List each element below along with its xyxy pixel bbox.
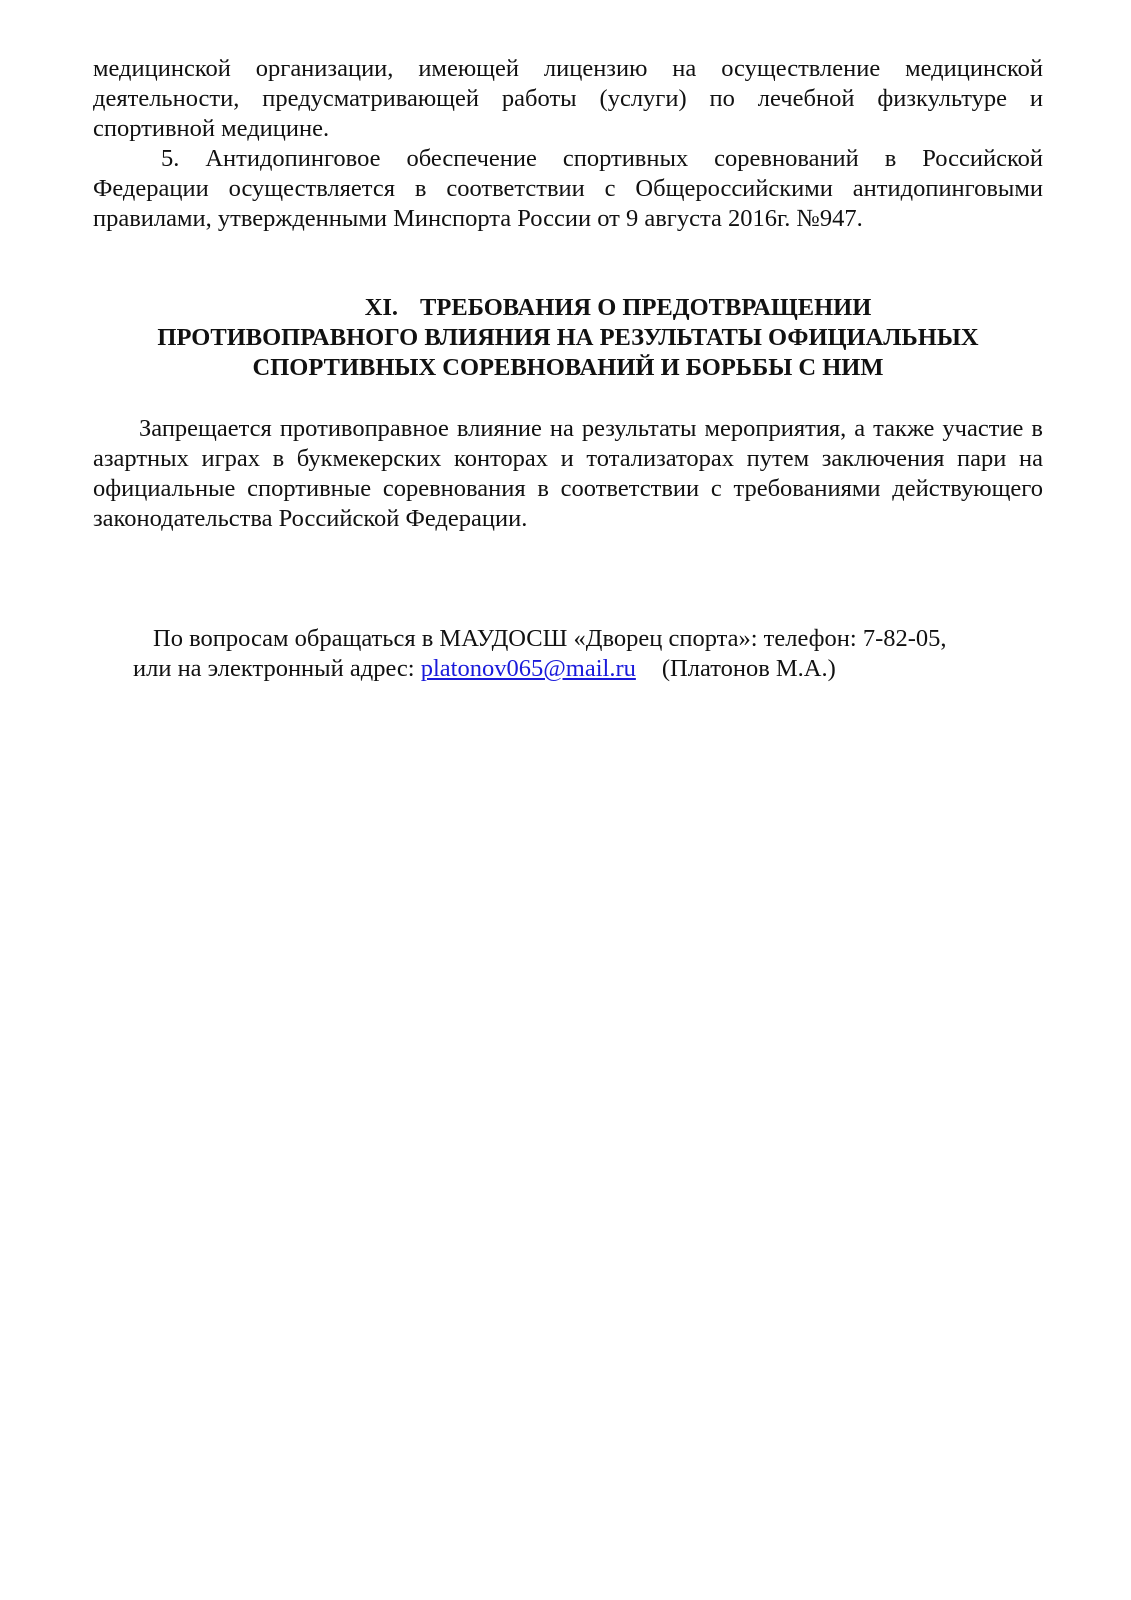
paragraph-medical-organization: медицинской организации, имеющей лицензи… <box>93 54 1043 144</box>
email-link[interactable]: platonov065@mail.ru <box>421 655 636 682</box>
section-heading: XI.ТРЕБОВАНИЯ О ПРЕДОТВРАЩЕНИИ ПРОТИВОПР… <box>93 293 1043 383</box>
contact-email-prefix: или на электронный адрес: <box>133 655 421 682</box>
section-title-line-3: СПОРТИВНЫХ СОРЕВНОВАНИЙ И БОРЬБЫ С НИМ <box>93 353 1043 383</box>
paragraph-antidoping: 5. Антидопинговое обеспечение спортивных… <box>93 144 1043 234</box>
contact-phone-line: По вопросам обращаться в МАУДОСШ «Дворец… <box>93 624 1113 654</box>
section-heading-line-1: XI.ТРЕБОВАНИЯ О ПРЕДОТВРАЩЕНИИ <box>93 293 1043 323</box>
section-title-line-1: ТРЕБОВАНИЯ О ПРЕДОТВРАЩЕНИИ <box>420 294 871 321</box>
section-title-line-2: ПРОТИВОПРАВНОГО ВЛИЯНИЯ НА РЕЗУЛЬТАТЫ ОФ… <box>93 323 1043 353</box>
contact-email-line: или на электронный адрес: platonov065@ma… <box>93 654 1093 684</box>
paragraph-prohibition: Запрещается противоправное влияние на ре… <box>93 414 1043 534</box>
contact-person: (Платонов М.А.) <box>662 655 836 682</box>
document-page: медицинской организации, имеющей лицензи… <box>0 0 1131 1600</box>
section-numeral: XI. <box>365 294 398 321</box>
